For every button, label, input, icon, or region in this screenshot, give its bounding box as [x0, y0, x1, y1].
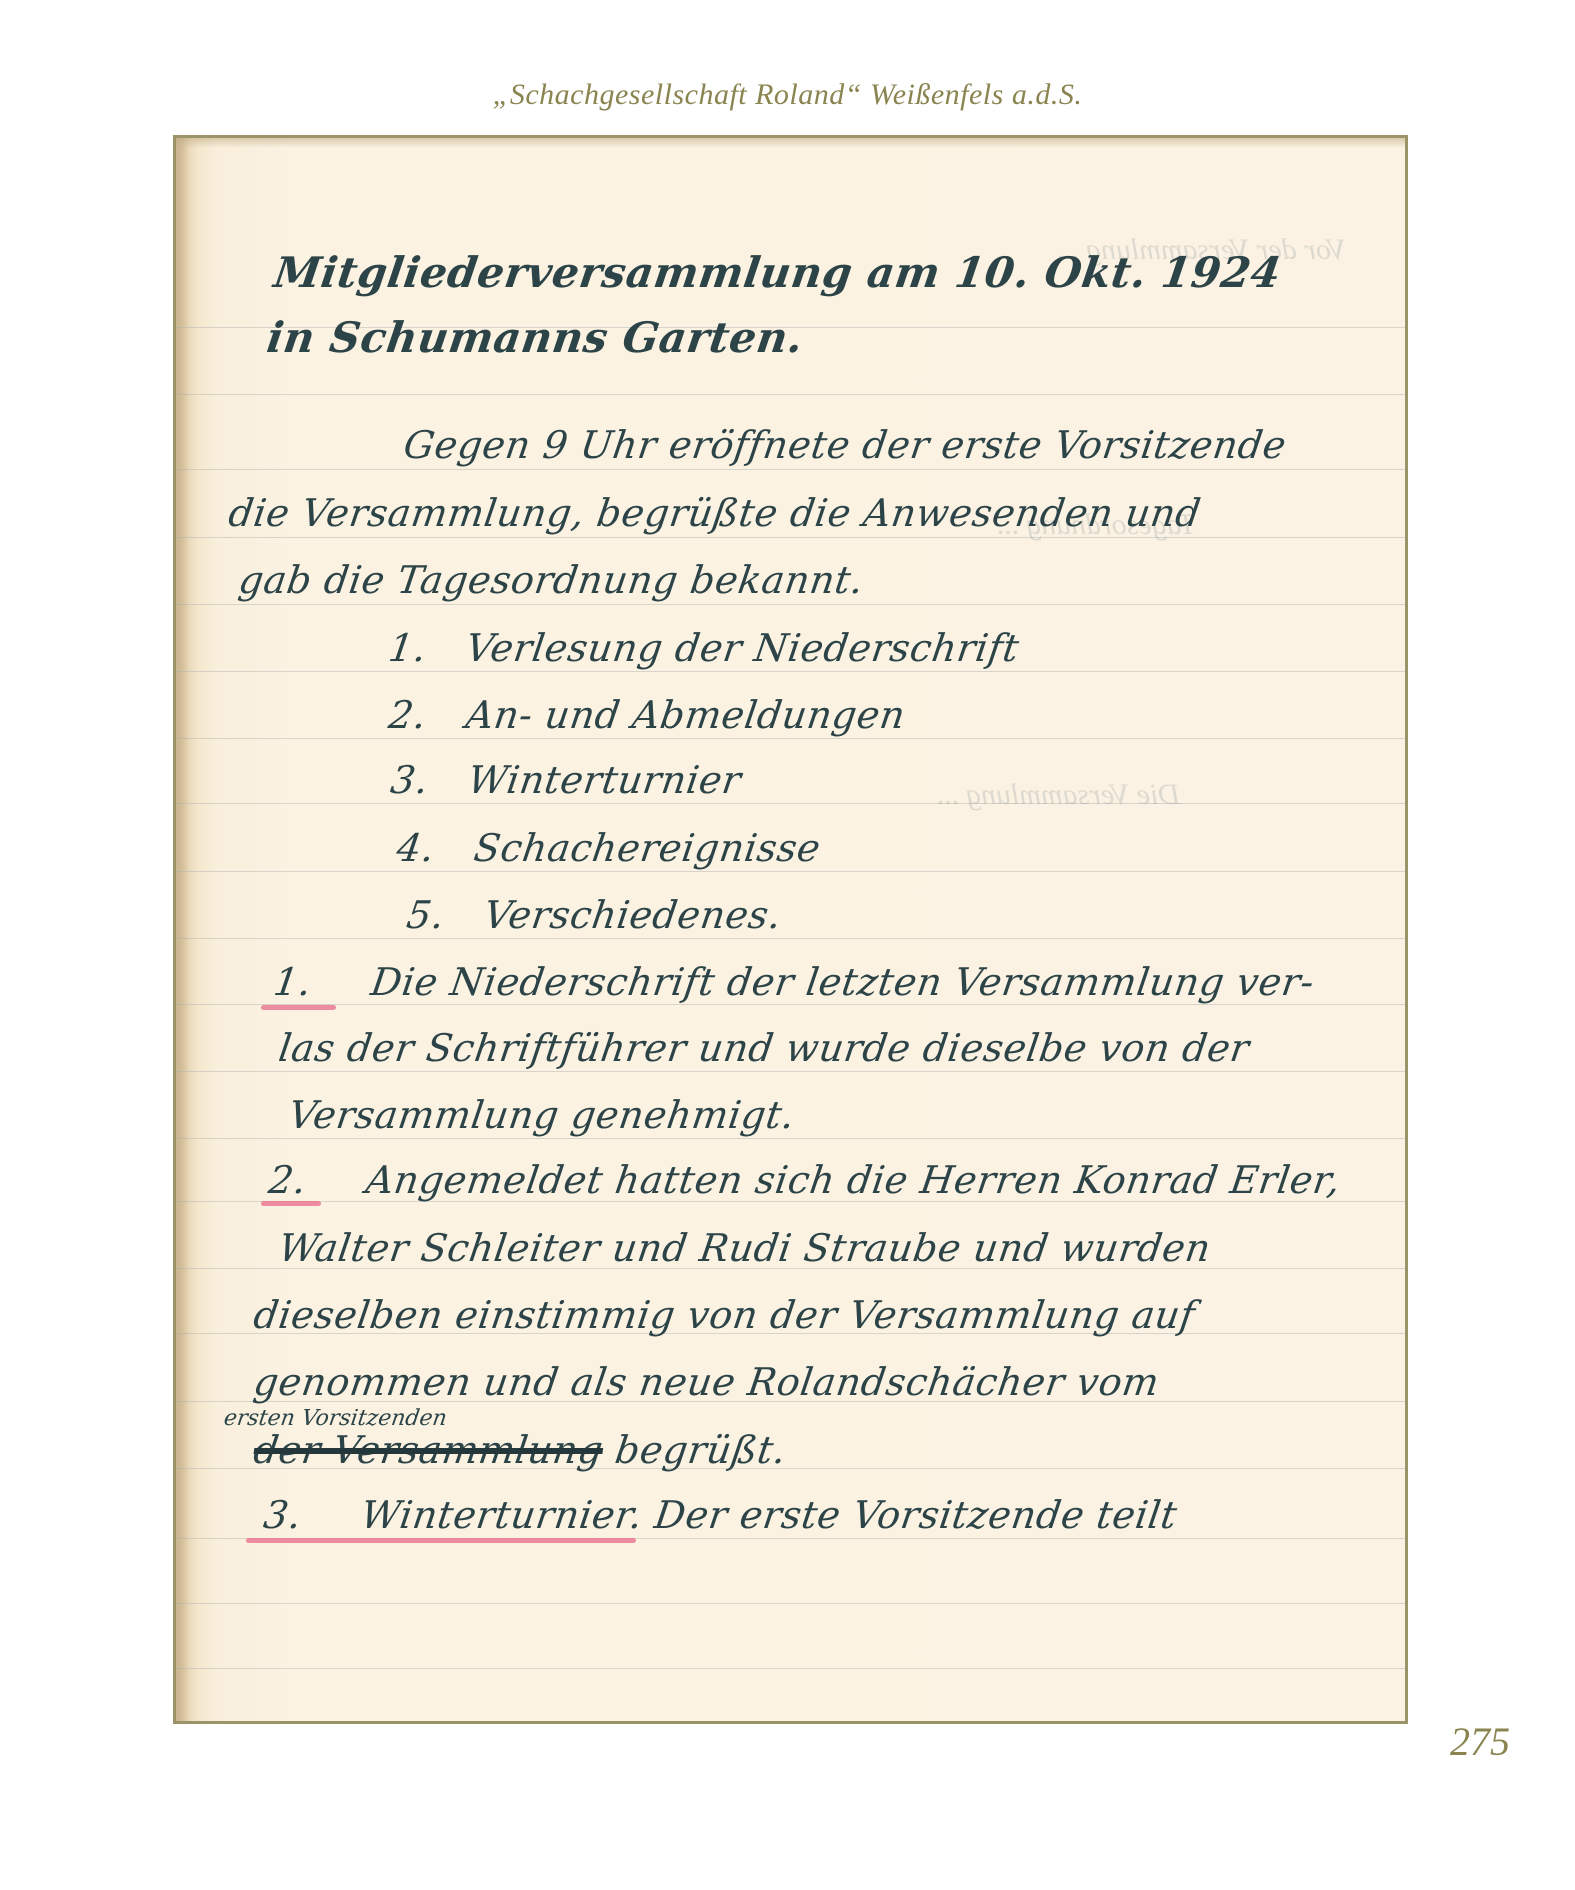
agenda-text: Verlesung der Niederschrift: [463, 626, 1022, 670]
item-heading: Winterturnier: [358, 1493, 633, 1537]
ruled-line: [176, 394, 1405, 395]
item-2-line: genommen und als neue Rolandschächer vom: [251, 1360, 1162, 1404]
agenda-number: 4.: [394, 826, 437, 870]
ruled-line: [176, 871, 1405, 872]
paragraph-line: gab die Tagesordnung bekannt.: [236, 558, 866, 602]
running-header-title: „Schachgesellschaft Roland“ Weißenfels a…: [0, 78, 1575, 112]
page-number: 275: [1420, 1718, 1540, 1765]
item-number: 3.: [261, 1493, 304, 1537]
item-text: Angemeldet hatten sich die Herren Konrad…: [363, 1158, 1343, 1202]
ruled-line: [176, 469, 1405, 470]
ruled-line: [176, 738, 1405, 739]
agenda-text: Winterturnier: [465, 758, 744, 802]
agenda-item-3: 3.Winterturnier: [388, 758, 744, 802]
item-1-line: Versammlung genehmigt.: [286, 1093, 798, 1137]
ruled-line: [176, 1071, 1405, 1072]
ruled-line: [176, 671, 1405, 672]
struck-through-text: der Versammlung: [251, 1428, 606, 1472]
item-number: 1.: [271, 960, 314, 1004]
red-pencil-underline: [246, 1538, 636, 1543]
agenda-number: 5.: [404, 893, 447, 937]
ruled-line: [176, 1138, 1405, 1139]
item-3-line: 3.Winterturnier. Der erste Vorsitzende t…: [261, 1493, 1180, 1537]
agenda-text: An- und Abmeldungen: [463, 693, 908, 737]
ruled-line: [176, 803, 1405, 804]
red-pencil-underline: [261, 1201, 321, 1206]
ruled-line: [176, 1668, 1405, 1669]
agenda-number: 2.: [386, 693, 429, 737]
paragraph-line: die Versammlung, begrüßte die Anwesenden…: [226, 491, 1204, 535]
agenda-item-2: 2.An- und Abmeldungen: [386, 693, 908, 737]
ruled-line: [176, 1004, 1405, 1005]
red-pencil-underline: [261, 1005, 336, 1010]
item-2-line: 2.Angemeldet hatten sich die Herren Konr…: [266, 1158, 1343, 1202]
ruled-line: [176, 938, 1405, 939]
agenda-text: Schachereignisse: [471, 826, 823, 870]
item-text: Die Niederschrift der letzten Versammlun…: [368, 960, 1317, 1004]
bleed-through-text: Die Versammlung ...: [936, 778, 1180, 812]
ruled-line: [176, 604, 1405, 605]
agenda-text: Verschiedenes.: [481, 893, 784, 937]
minutes-title-line-1: Mitgliederversammlung am 10. Okt. 1924: [271, 248, 1284, 297]
item-2-line: Walter Schleiter und Rudi Straube und wu…: [276, 1226, 1214, 1270]
item-2-line: der Versammlung begrüßt.: [251, 1428, 789, 1472]
item-1-line: 1.Die Niederschrift der letzten Versamml…: [271, 960, 1317, 1004]
item-2-line: dieselben einstimmig von der Versammlung…: [251, 1293, 1198, 1337]
agenda-number: 1.: [386, 626, 429, 670]
item-text: begrüßt.: [612, 1428, 789, 1472]
paragraph-line: Gegen 9 Uhr eröffnete der erste Vorsitze…: [401, 423, 1289, 467]
agenda-item-1: 1.Verlesung der Niederschrift: [386, 626, 1022, 670]
ruled-line: [176, 1603, 1405, 1604]
item-1-line: las der Schriftführer und wurde dieselbe…: [276, 1026, 1252, 1070]
minutes-title-line-2: in Schumanns Garten.: [264, 313, 806, 362]
ruled-line: [176, 537, 1405, 538]
agenda-number: 3.: [388, 758, 431, 802]
scanned-manuscript-page: Vor der Versammlung ... Tagesordnung ...…: [173, 135, 1408, 1724]
spine-shadow: [176, 138, 190, 1721]
item-text: . Der erste Vorsitzende teilt: [627, 1493, 1180, 1537]
agenda-item-5: 5.Verschiedenes.: [404, 893, 784, 937]
agenda-item-4: 4.Schachereignisse: [394, 826, 823, 870]
item-number: 2.: [266, 1158, 309, 1202]
top-edge-shadow: [176, 138, 1405, 148]
